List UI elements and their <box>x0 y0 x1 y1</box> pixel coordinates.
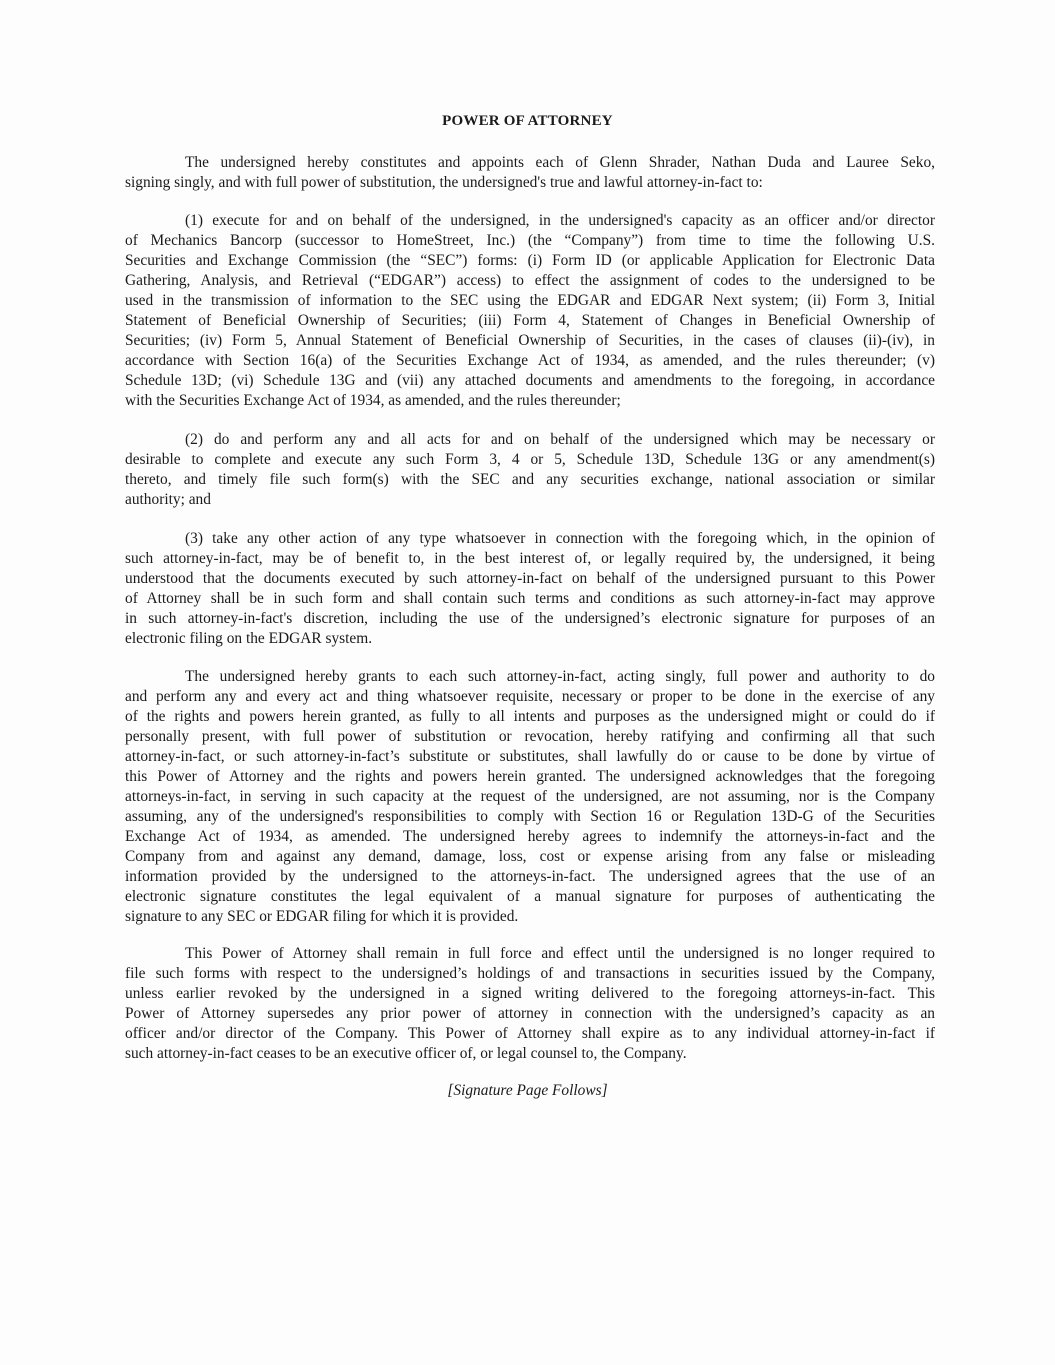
text-line: and perform any and every act and thing … <box>125 687 935 707</box>
text-line: attorneys-in-fact, in serving in such ca… <box>125 787 935 807</box>
text-line: signing singly, and with full power of s… <box>125 173 935 193</box>
text-line: signature to any SEC or EDGAR filing for… <box>125 907 935 927</box>
signature-page-note: [Signature Page Follows] <box>0 1082 1055 1100</box>
paragraph-clause-1: (1) execute for and on behalf of the und… <box>125 211 935 411</box>
paragraph-grant-of-powers: The undersigned hereby grants to each su… <box>125 667 935 927</box>
paragraph-appointment: The undersigned hereby constitutes and a… <box>125 153 935 193</box>
text-line: with the Securities Exchange Act of 1934… <box>125 391 935 411</box>
text-line: of Mechanics Bancorp (successor to HomeS… <box>125 231 935 251</box>
document-page: POWER OF ATTORNEY The undersigned hereby… <box>0 0 1055 1365</box>
text-line: assuming, any of the undersigned's respo… <box>125 807 935 827</box>
text-line: this Power of Attorney and the rights an… <box>125 767 935 787</box>
text-line: thereto, and timely file such form(s) wi… <box>125 470 935 490</box>
text-line: authority; and <box>125 490 935 510</box>
text-line: This Power of Attorney shall remain in f… <box>125 944 935 964</box>
text-line: personally present, with full power of s… <box>125 727 935 747</box>
text-line: Gathering, Analysis, and Retrieval (“EDG… <box>125 271 935 291</box>
text-line: accordance with Section 16(a) of the Sec… <box>125 351 935 371</box>
text-line: electronic signature constitutes the leg… <box>125 887 935 907</box>
text-line: desirable to complete and execute any su… <box>125 450 935 470</box>
text-line: officer and/or director of the Company. … <box>125 1024 935 1044</box>
text-line: attorney-in-fact, or such attorney-in-fa… <box>125 747 935 767</box>
text-line: understood that the documents executed b… <box>125 569 935 589</box>
document-title: POWER OF ATTORNEY <box>0 113 1055 130</box>
paragraph-clause-3: (3) take any other action of any type wh… <box>125 529 935 649</box>
text-line: (2) do and perform any and all acts for … <box>125 430 935 450</box>
text-line: Exchange Act of 1934, as amended. The un… <box>125 827 935 847</box>
text-line: of the rights and powers herein granted,… <box>125 707 935 727</box>
paragraph-clause-2: (2) do and perform any and all acts for … <box>125 430 935 510</box>
text-line: Company from and against any demand, dam… <box>125 847 935 867</box>
text-line: unless earlier revoked by the undersigne… <box>125 984 935 1004</box>
text-line: Securities; (iv) Form 5, Annual Statemen… <box>125 331 935 351</box>
text-line: such attorney-in-fact, may be of benefit… <box>125 549 935 569</box>
text-line: Securities and Exchange Commission (the … <box>125 251 935 271</box>
text-line: The undersigned hereby constitutes and a… <box>125 153 935 173</box>
text-line: (3) take any other action of any type wh… <box>125 529 935 549</box>
text-line: Schedule 13D; (vi) Schedule 13G and (vii… <box>125 371 935 391</box>
text-line: electronic filing on the EDGAR system. <box>125 629 935 649</box>
text-line: The undersigned hereby grants to each su… <box>125 667 935 687</box>
text-line: Power of Attorney supersedes any prior p… <box>125 1004 935 1024</box>
text-line: information provided by the undersigned … <box>125 867 935 887</box>
text-line: Statement of Beneficial Ownership of Sec… <box>125 311 935 331</box>
paragraph-duration: This Power of Attorney shall remain in f… <box>125 944 935 1064</box>
text-line: (1) execute for and on behalf of the und… <box>125 211 935 231</box>
text-line: such attorney-in-fact ceases to be an ex… <box>125 1044 935 1064</box>
text-line: in such attorney-in-fact's discretion, i… <box>125 609 935 629</box>
text-line: used in the transmission of information … <box>125 291 935 311</box>
text-line: of Attorney shall be in such form and sh… <box>125 589 935 609</box>
text-line: file such forms with respect to the unde… <box>125 964 935 984</box>
